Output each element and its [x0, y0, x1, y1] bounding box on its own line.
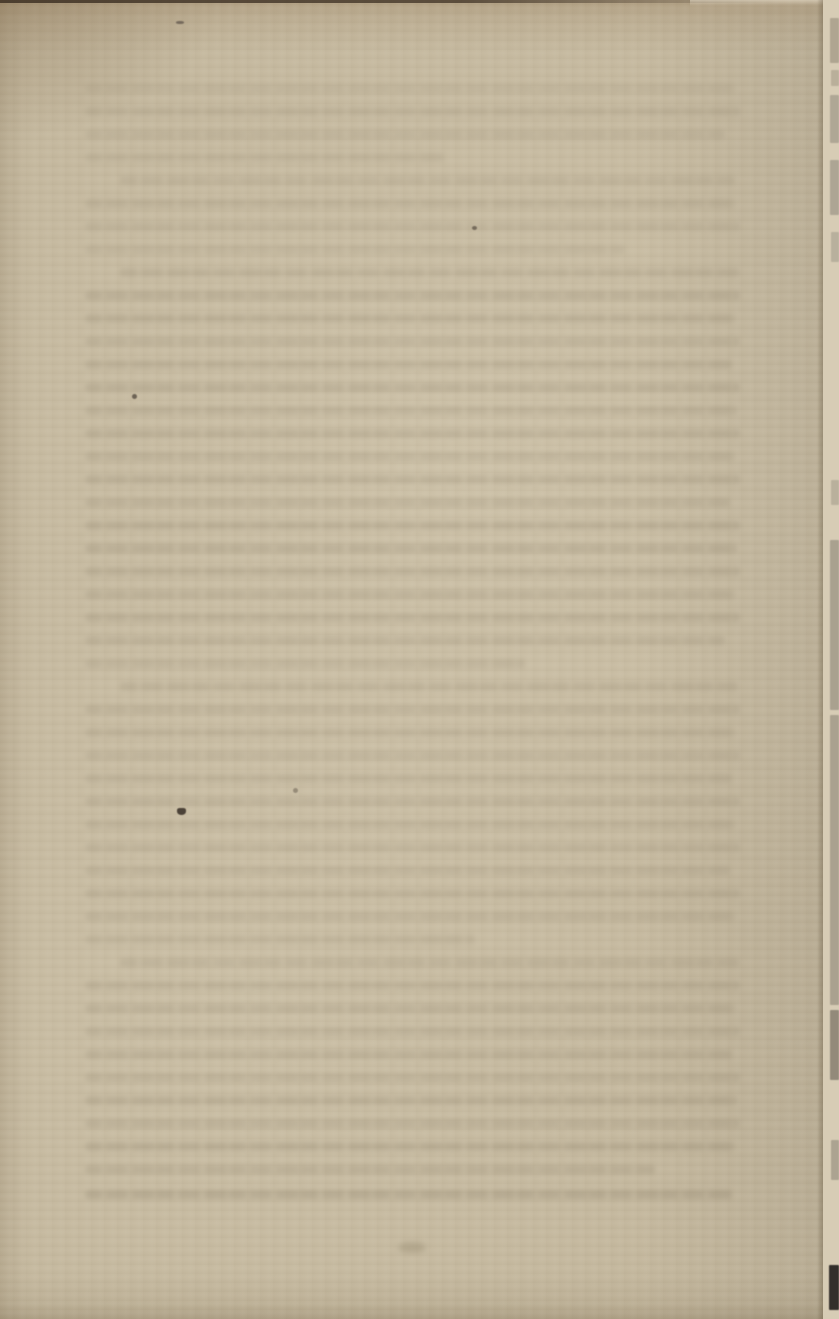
- faded-text-line: [85, 889, 740, 898]
- faded-text-line: [85, 153, 445, 162]
- faded-text-line: [85, 774, 733, 783]
- faded-text-line: [85, 314, 735, 323]
- faded-text-line: [85, 981, 740, 990]
- faded-text-line: [85, 1165, 655, 1174]
- ink-speck: [472, 226, 477, 230]
- faded-text-line: [120, 958, 740, 967]
- page-edge-segment: [831, 480, 839, 505]
- faded-text-line: [85, 291, 740, 300]
- faded-text-line: [85, 797, 740, 806]
- page-edge-segment: [830, 95, 839, 143]
- ink-speck: [176, 21, 184, 24]
- faded-text-line: [85, 705, 740, 714]
- page-edge-segment: [829, 1265, 839, 1310]
- faded-text-line: [85, 843, 740, 852]
- faded-text-line: [85, 1073, 740, 1082]
- page-edge-segment: [830, 18, 839, 63]
- faded-text-line: [85, 636, 725, 645]
- page-edge-segment: [831, 232, 839, 262]
- faded-text-line: [85, 935, 475, 944]
- faded-text-line: [85, 912, 735, 921]
- page-edge-segment: [830, 540, 839, 710]
- faded-text-line: [85, 84, 735, 93]
- faded-text-line: [85, 406, 737, 415]
- page-edge-segment: [831, 70, 839, 86]
- faded-text-line: [85, 337, 740, 346]
- faded-text-line: [85, 475, 740, 484]
- top-left-corner-shading: [0, 0, 220, 140]
- page-edge-segment: [830, 1010, 839, 1080]
- faded-text-line: [85, 245, 625, 254]
- ink-speck: [132, 394, 137, 399]
- scanned-page: [0, 0, 839, 1319]
- faded-text-line: [85, 544, 737, 553]
- faded-text-line: [85, 222, 740, 231]
- faded-text-line: [85, 1119, 740, 1128]
- faded-text-line: [85, 659, 525, 668]
- faded-text-line: [85, 107, 740, 116]
- faded-text-line: [85, 130, 725, 139]
- faded-text-line: [85, 728, 735, 737]
- faded-text-line: [85, 498, 730, 507]
- page-edge-segment: [830, 715, 839, 1005]
- faded-text-line: [120, 268, 740, 277]
- page-edge-segment: [831, 1140, 839, 1180]
- faded-text-line: [120, 176, 735, 185]
- faded-text-line: [85, 567, 740, 576]
- faded-text-line: [120, 682, 738, 691]
- faded-text-line: [85, 199, 735, 208]
- page-number-smudge-mark: [398, 1242, 426, 1253]
- faded-text-line: [85, 383, 740, 392]
- faded-text-line: [85, 1004, 735, 1013]
- faded-text-line: [85, 751, 740, 760]
- faded-text-line: [85, 1190, 733, 1199]
- ink-speck: [293, 788, 298, 793]
- faded-text-line: [85, 429, 740, 438]
- faded-text-line: [85, 1027, 740, 1036]
- faded-text-line: [85, 1050, 733, 1059]
- faded-text-line: [85, 452, 735, 461]
- page-edge-segment: [830, 160, 839, 215]
- faded-text-line: [85, 866, 730, 875]
- faded-text-line: [85, 1142, 735, 1151]
- faded-text-line: [85, 590, 735, 599]
- faded-text-line: [85, 360, 733, 369]
- faded-text-line: [85, 1096, 737, 1105]
- faded-text-line: [85, 521, 740, 530]
- ink-speck: [177, 808, 186, 815]
- faded-text-line: [85, 820, 735, 829]
- faded-text-line: [85, 613, 740, 622]
